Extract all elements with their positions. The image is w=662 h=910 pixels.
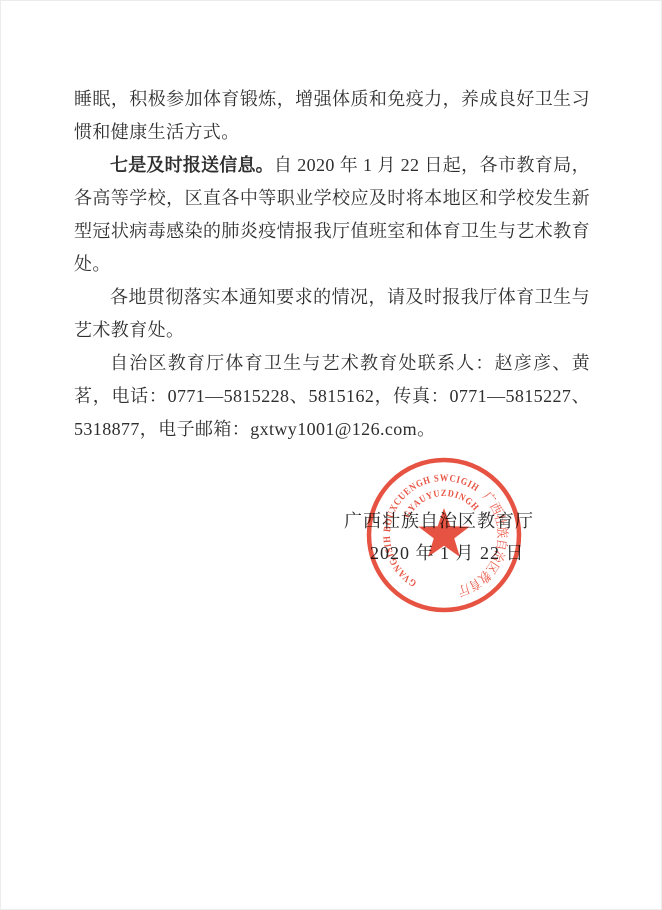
paragraph-item-seven: 七是及时报送信息。自 2020 年 1 月 22 日起，各市教育局，各高等学校，…	[74, 149, 590, 281]
paragraph-reporting: 各地贯彻落实本通知要求的情况，请及时报我厅体育卫生与艺术教育处。	[74, 281, 590, 347]
official-seal: GVANGJSIH BOUXCUENGH SWCIGIH 广西壮族自治区教育厅 …	[359, 450, 529, 620]
seal-ring-chinese-text: 广西壮族自治区教育厅	[448, 488, 516, 600]
paragraph-heading-bold: 七是及时报送信息。	[110, 155, 274, 175]
document-body: 睡眠，积极参加体育锻炼，增强体质和免疫力，养成良好卫生习惯和健康生活方式。 七是…	[74, 83, 590, 446]
paragraph-contacts: 自治区教育厅体育卫生与艺术教育处联系人：赵彦彦、黄茗，电话：0771—58152…	[74, 347, 590, 446]
paragraph-continuation: 睡眠，积极参加体育锻炼，增强体质和免疫力，养成良好卫生习惯和健康生活方式。	[74, 83, 590, 149]
document-page: 睡眠，积极参加体育锻炼，增强体质和免疫力，养成良好卫生习惯和健康生活方式。 七是…	[0, 0, 662, 910]
seal-star-icon	[418, 508, 469, 557]
